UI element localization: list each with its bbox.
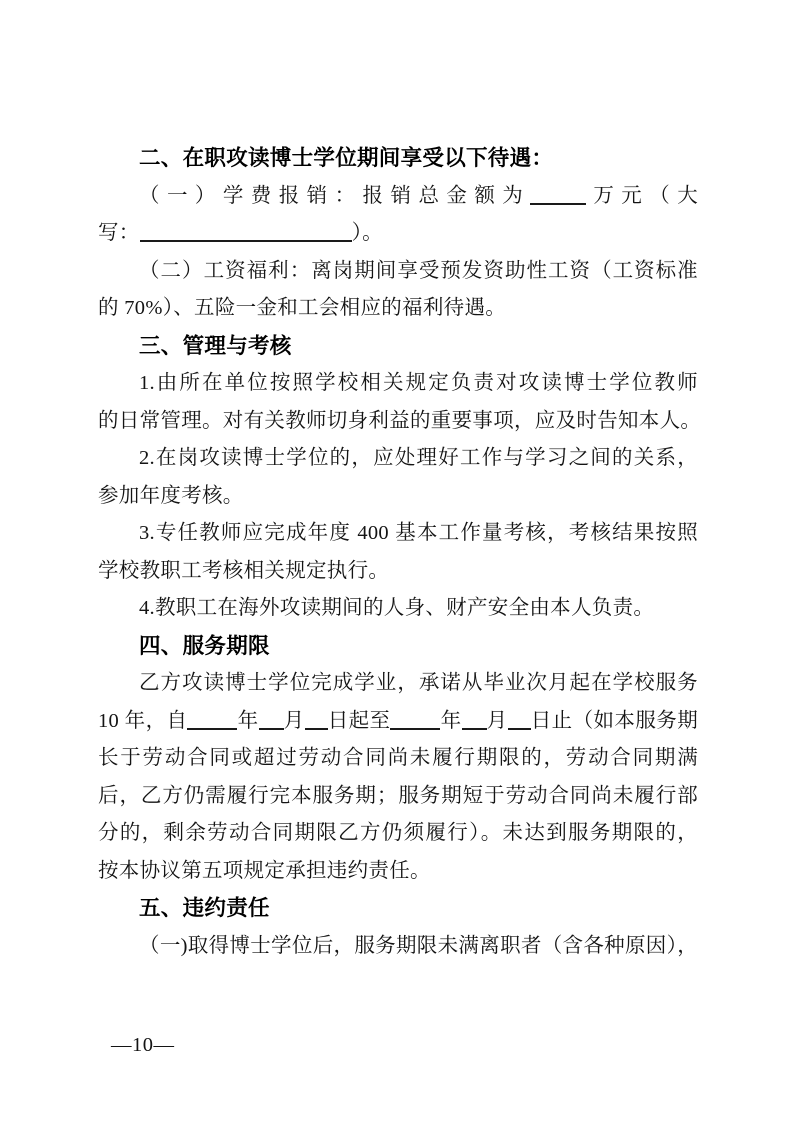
text-segment: 四、服务期限	[139, 634, 270, 658]
text-segment: （一)取得博士学位后，服务期限未满离职者（含各种原因），	[139, 935, 698, 957]
text-segment: 万元（大	[586, 185, 698, 207]
text-segment: 长于劳动合同或超过劳动合同尚未履行期限的，劳动合同期满	[98, 747, 698, 769]
clause-salary-line-2: 的 70%）、五险一金和工会相应的福利待遇。	[98, 290, 698, 328]
text-segment: 分的，剩余劳动合同期限乙方仍须履行）。未达到服务期限的，	[98, 822, 698, 844]
text-segment: 写：	[98, 222, 140, 244]
clause-service-line-6: 按本协议第五项规定承担违约责任。	[98, 853, 698, 891]
text-segment: 参加年度考核。	[98, 485, 244, 507]
fill-in-blank	[140, 220, 352, 243]
text-segment: 三、管理与考核	[139, 334, 292, 358]
clause-salary-line-1: （二）工资福利：离岗期间享受预发资助性工资（工资标准	[98, 253, 698, 291]
text-segment: 年	[440, 710, 461, 732]
fill-in-blank	[259, 707, 284, 730]
text-segment: （一）学费报销：报销总金额为	[139, 185, 530, 207]
text-segment: 按本协议第五项规定承担违约责任。	[98, 860, 431, 882]
text-segment: 1.由所在单位按照学校相关规定负责对攻读博士学位教师	[139, 372, 698, 394]
clause-mgmt-1-line-2: 的日常管理。对有关教师切身利益的重要事项，应及时告知本人。	[98, 403, 698, 441]
clause-mgmt-3-line-2: 学校教职工考核相关规定执行。	[98, 553, 698, 591]
document-content: 二、在职攻读博士学位期间享受以下待遇：（一）学费报销：报销总金额为万元（大写：）…	[98, 140, 698, 965]
clause-mgmt-1-line-1: 1.由所在单位按照学校相关规定负责对攻读博士学位教师	[98, 365, 698, 403]
text-segment: 2.在岗攻读博士学位的，应处理好工作与学习之间的关系，	[139, 447, 698, 469]
text-segment: 4.教职工在海外攻读期间的人身、财产安全由本人负责。	[139, 597, 654, 619]
section-heading-3: 三、管理与考核	[98, 328, 698, 366]
clause-mgmt-4: 4.教职工在海外攻读期间的人身、财产安全由本人负责。	[98, 590, 698, 628]
text-segment: 年	[237, 710, 258, 732]
text-segment: 五、违约责任	[139, 896, 270, 920]
clause-service-line-3: 长于劳动合同或超过劳动合同尚未履行期限的，劳动合同期满	[98, 740, 698, 778]
text-segment: 日止（如本服务期	[531, 710, 698, 732]
text-segment: 月	[284, 710, 305, 732]
clause-service-line-4: 后，乙方仍需履行完本服务期；服务期短于劳动合同尚未履行部	[98, 778, 698, 816]
fill-in-blank	[305, 707, 328, 730]
text-segment: （二）工资福利：离岗期间享受预发资助性工资（工资标准	[139, 260, 698, 282]
text-segment: 10 年，自	[98, 710, 187, 732]
section-heading-4: 四、服务期限	[98, 628, 698, 666]
text-segment: 的 70%）、五险一金和工会相应的福利待遇。	[98, 297, 506, 319]
document-page: 二、在职攻读博士学位期间享受以下待遇：（一）学费报销：报销总金额为万元（大写：）…	[0, 0, 794, 1122]
clause-mgmt-2-line-1: 2.在岗攻读博士学位的，应处理好工作与学习之间的关系，	[98, 440, 698, 478]
clause-service-line-2: 10 年，自年月日起至年月日止（如本服务期	[98, 703, 698, 741]
page-number: —10—	[111, 1031, 175, 1059]
text-segment: 学校教职工考核相关规定执行。	[98, 560, 389, 582]
text-segment: 乙方攻读博士学位完成学业，承诺从毕业次月起在学校服务	[139, 672, 698, 694]
clause-mgmt-2-line-2: 参加年度考核。	[98, 478, 698, 516]
section-heading-2: 二、在职攻读博士学位期间享受以下待遇：	[98, 140, 698, 178]
fill-in-blank	[462, 707, 487, 730]
text-segment: 月	[487, 710, 508, 732]
fill-in-blank	[508, 707, 531, 730]
text-segment: ）。	[352, 222, 383, 244]
text-segment: 的日常管理。对有关教师切身利益的重要事项，应及时告知本人。	[98, 410, 701, 432]
clause-service-line-1: 乙方攻读博士学位完成学业，承诺从毕业次月起在学校服务	[98, 665, 698, 703]
text-segment: 3.专任教师应完成年度 400 基本工作量考核，考核结果按照	[139, 522, 698, 544]
fill-in-blank	[187, 707, 237, 730]
section-heading-5: 五、违约责任	[98, 890, 698, 928]
clause-mgmt-3-line-1: 3.专任教师应完成年度 400 基本工作量考核，考核结果按照	[98, 515, 698, 553]
fill-in-blank	[530, 182, 586, 205]
text-segment: 二、在职攻读博士学位期间享受以下待遇：	[139, 146, 553, 170]
clause-tuition-line-1: （一）学费报销：报销总金额为万元（大	[98, 178, 698, 216]
clause-breach-1-line-1: （一)取得博士学位后，服务期限未满离职者（含各种原因），	[98, 928, 698, 966]
text-segment: 后，乙方仍需履行完本服务期；服务期短于劳动合同尚未履行部	[98, 785, 698, 807]
text-segment: 日起至	[328, 710, 391, 732]
clause-tuition-line-2: 写：）。	[98, 215, 698, 253]
fill-in-blank	[390, 707, 440, 730]
clause-service-line-5: 分的，剩余劳动合同期限乙方仍须履行）。未达到服务期限的，	[98, 815, 698, 853]
